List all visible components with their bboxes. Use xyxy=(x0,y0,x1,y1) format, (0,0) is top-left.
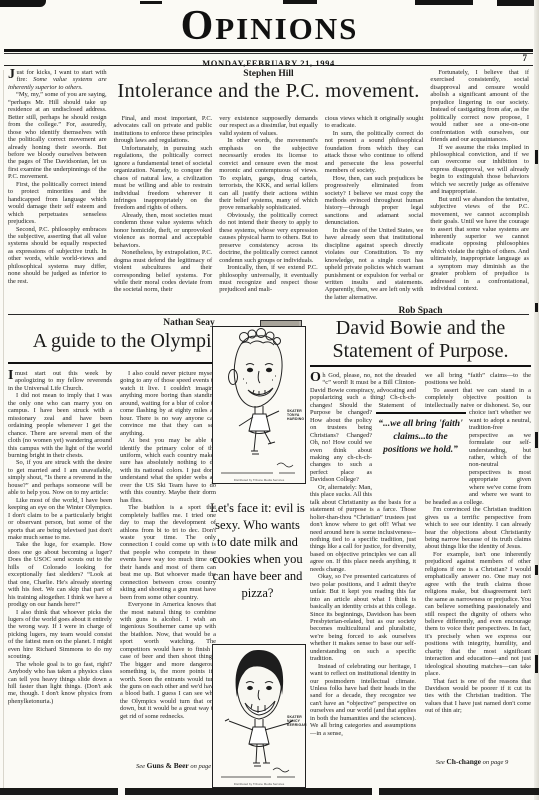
paragraph: How, then, can such prejudices be progre… xyxy=(325,175,424,227)
page-number: 7 xyxy=(523,53,528,63)
pc-column-1: Just for kicks, I want to start with fir… xyxy=(8,69,107,312)
scan-artifact xyxy=(535,150,538,164)
paragraph: we all bring “faith” claims—to the posit… xyxy=(425,372,531,387)
column-paragraphs: Or, alternately: Man, this place sucks. … xyxy=(310,484,416,737)
paragraph: I did not mean to imply that I was the o… xyxy=(8,392,112,459)
scan-artifact xyxy=(535,432,538,448)
paragraph: Obviously, the politically correct do no… xyxy=(219,212,318,264)
scan-artifact xyxy=(535,303,538,312)
bottom-rule-bar xyxy=(0,788,539,795)
paragraph: Already, then, most societies must conde… xyxy=(114,212,213,249)
paragraph: But until we abandon the tentative, subj… xyxy=(430,196,529,293)
paragraph: If we assume the risks implied in philos… xyxy=(430,144,529,196)
paragraph: In sum, the politically correct do not p… xyxy=(325,130,424,175)
continuation-ch-change: See Ch-change on page 9 xyxy=(417,757,527,766)
dropcap: I xyxy=(8,370,15,381)
pc-column-3: very existence supposedly demands our re… xyxy=(219,69,318,312)
paragraph: cious views which it originally sought t… xyxy=(325,115,424,130)
paragraph: For example, isn't one inherently prejud… xyxy=(425,551,531,678)
section-title-initial: O xyxy=(181,3,216,49)
lede-text: must start out this week by apologizing … xyxy=(8,370,112,392)
headline-rule xyxy=(8,362,214,364)
newspaper-page: OPINIONS MONDAY,FEBRUARY 21, 1994 7 Step… xyxy=(0,0,539,800)
tonya-harding-caricature-box: SKATER TONYA HARDING Distributed by Trib… xyxy=(212,326,306,484)
issue-date: MONDAY,FEBRUARY 21, 1994 xyxy=(202,58,335,68)
paragraph: Like most of the world, I have been keep… xyxy=(8,497,112,542)
pull-quote-evil-is-sexy: Let's face it: evil is sexy. Who wants t… xyxy=(210,500,305,602)
paragraph: Second, P.C. philosophy embraces the sub… xyxy=(8,226,107,286)
dropcap: J xyxy=(8,69,17,80)
see-label: See xyxy=(436,759,447,766)
scan-edge xyxy=(3,70,4,790)
byline-stephen-hill: Stephen Hill xyxy=(113,69,424,79)
paragraph-text: How about the policy on trustees being C… xyxy=(310,417,372,484)
date-bar-rule xyxy=(4,65,533,66)
bottom-bar-gap xyxy=(372,788,379,795)
paragraph: That fact is one of the reasons that Dav… xyxy=(425,678,531,715)
article-header: Stephen Hill Intolerance and the P.C. mo… xyxy=(113,69,424,103)
paragraph: I also could never picture myself going … xyxy=(120,370,216,437)
pc-column-5: Fortunately, I believe that if exercised… xyxy=(430,69,529,312)
paragraph: I also think that whoever picks the luge… xyxy=(8,609,112,661)
headline-bowie-line1: David Bowie and the xyxy=(310,317,531,340)
paragraph: Or, alternately: Man, this place sucks. … xyxy=(310,484,416,573)
paragraph: The biathlon is a sport that completely … xyxy=(120,504,216,601)
paragraph: In the case of the United States, we hav… xyxy=(325,227,424,302)
byline-rob-spach: Rob Spach xyxy=(310,306,531,316)
column-paragraphs: I did not mean to imply that I was the o… xyxy=(8,392,112,705)
pc-column-2: Final, and most important, P.C. advocate… xyxy=(114,69,213,312)
paragraph: Ironically, then, if we extend P.C. phil… xyxy=(219,264,318,294)
pc-column-4: cious views which it originally sought t… xyxy=(325,69,424,312)
bottom-bar-gap xyxy=(118,788,125,795)
nancy-kerrigan-caricature-box: SKATER NANCY KERRIGAN Distributed by Tri… xyxy=(212,644,306,788)
olympics-column-2: I also could never picture myself going … xyxy=(120,370,216,764)
masthead: OPINIONS xyxy=(0,4,539,51)
column-paragraphs: I'm convinced the Christian tradition gi… xyxy=(425,506,531,715)
see-label: See xyxy=(136,763,147,770)
caricature-credit: Distributed by Tribune Media Services xyxy=(213,478,305,482)
article-columns: Oh God, please, no, not the dreaded “c” … xyxy=(310,372,531,768)
article-david-bowie: Rob Spach David Bowie and the Statement … xyxy=(310,306,531,786)
caricature-label-nancy: SKATER NANCY KERRIGAN xyxy=(287,715,302,728)
paragraph: Unfortunately, in pursuing such regulati… xyxy=(114,145,213,212)
paragraph: At best you may be able to identify the … xyxy=(120,437,216,504)
scan-artifact xyxy=(535,655,538,673)
headline-rule xyxy=(310,365,531,367)
paragraph: Imust start out this week by apologizing… xyxy=(8,370,112,392)
section-title-rest: PINIONS xyxy=(215,11,358,46)
headline-bowie-line2: Statement of Purpose. xyxy=(310,340,531,363)
dropcap: O xyxy=(310,372,322,383)
paragraph: Okay, so I've presented caricatures of t… xyxy=(310,573,416,662)
paragraph: First, the politically correct intend to… xyxy=(8,181,107,226)
paragraph: Nonetheless, by extrapolation, P.C. dogm… xyxy=(114,249,213,294)
article-pc-movement: Stephen Hill Intolerance and the P.C. mo… xyxy=(8,69,529,312)
scan-edge xyxy=(534,0,539,800)
paragraph: very existence supposedly demands our re… xyxy=(219,115,318,137)
caricature-credit: Distributed by Tribune Media Services xyxy=(213,782,305,786)
olympics-column-1: Imust start out this week by apologizing… xyxy=(8,370,112,764)
paragraph: Everyone in America knows that the most … xyxy=(120,601,216,720)
column-paragraphs: “My, my,” some of you are saying, “perha… xyxy=(8,91,107,285)
paragraph: “My, my,” some of you are saying, “perha… xyxy=(8,91,107,180)
date-bar: MONDAY,FEBRUARY 21, 1994 7 xyxy=(4,53,533,64)
paragraph: Take the luge, for example. How does one… xyxy=(8,541,112,608)
inset-quote-faith-claims: “...we all bring 'faith' claims...to the… xyxy=(376,412,466,457)
paragraph: The whole goal is to go fast, right? Any… xyxy=(8,661,112,706)
headline-pc-movement: Intolerance and the P.C. movement. xyxy=(113,80,424,103)
paragraph: I'm convinced the Christian tradition gi… xyxy=(425,506,531,551)
paragraph: Fortunately, I believe that if exercised… xyxy=(430,69,529,144)
caricature-label-tonya: SKATER TONYA HARDING xyxy=(287,409,302,422)
article-columns: Imust start out this week by apologizing… xyxy=(8,370,216,764)
masthead-rule xyxy=(4,49,533,52)
paragraph: So, if you are struck with the desire to… xyxy=(8,459,112,496)
paragraph: Just for kicks, I want to start with fir… xyxy=(8,69,107,91)
continuation-title: Ch-change xyxy=(446,757,481,766)
paragraph: Final, and most important, P.C. advocate… xyxy=(114,115,213,145)
paragraph: In other words, the movement's emphasis … xyxy=(219,137,318,212)
article-columns: Just for kicks, I want to start with fir… xyxy=(8,69,529,312)
continuation-title: Guns & Beer xyxy=(147,761,189,770)
tonya-harding-caricature xyxy=(213,327,303,481)
continuation-page: on page 9 xyxy=(481,759,508,766)
scan-artifact xyxy=(535,565,538,575)
section-title: OPINIONS xyxy=(0,4,539,51)
continuation-guns-and-beer: See Guns & Beer on page 8 xyxy=(128,761,216,770)
paragraph: Instead of celebrating our heritage, I w… xyxy=(310,663,416,738)
